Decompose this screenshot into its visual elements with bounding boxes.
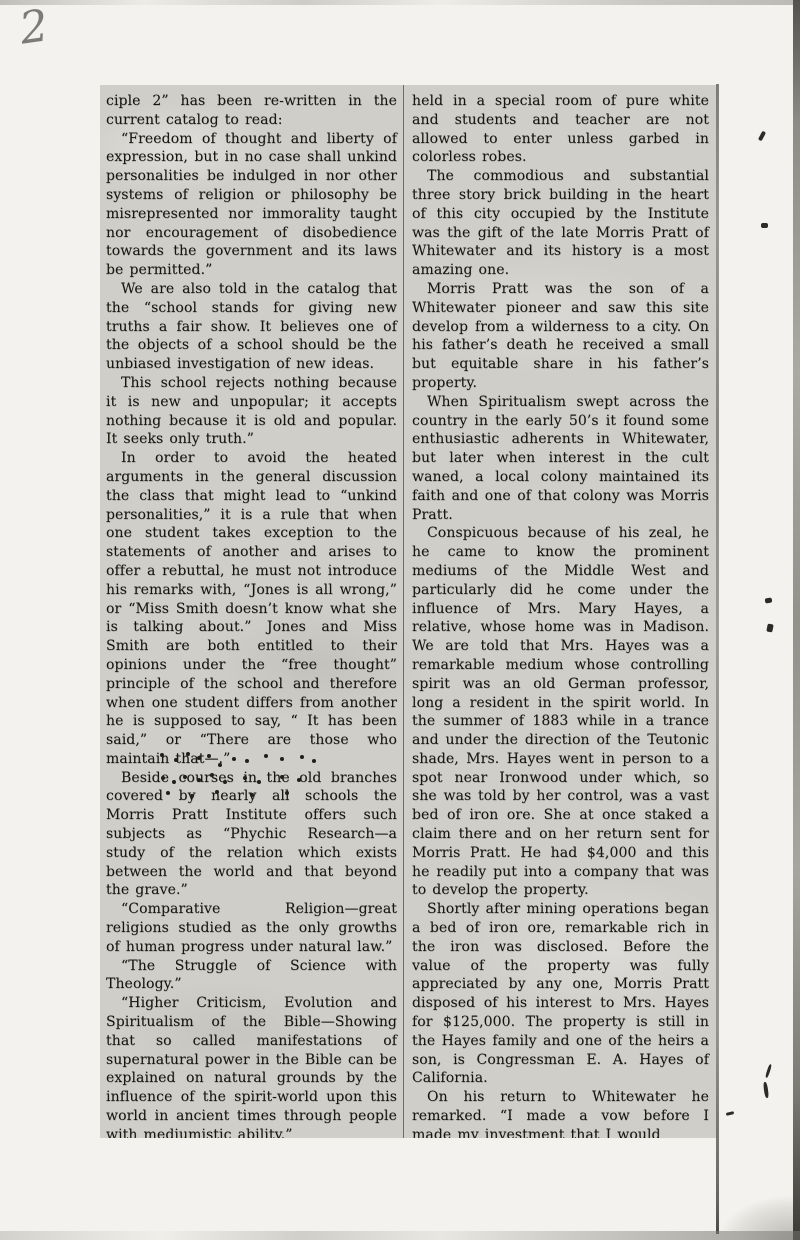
ink-speck bbox=[765, 597, 773, 603]
paragraph: Shortly after mining operations began a … bbox=[412, 900, 709, 1088]
ink-speck bbox=[761, 223, 768, 228]
paragraph: In order to avoid the heated arguments i… bbox=[106, 449, 397, 769]
left-column: ciple 2” has been re-written in the curr… bbox=[100, 85, 404, 1138]
ink-speck bbox=[766, 623, 774, 632]
ink-speck bbox=[758, 131, 766, 142]
ink-dots-mark bbox=[160, 753, 164, 757]
paragraph: The commodious and substantial three sto… bbox=[412, 167, 709, 280]
handwritten-page-number: 2 bbox=[17, 0, 52, 54]
paragraph: ciple 2” has been re-written in the curr… bbox=[106, 92, 397, 130]
scan-edge-top bbox=[0, 0, 800, 5]
paragraph: Beside courses in the old branches cover… bbox=[106, 769, 397, 901]
scan-edge-right bbox=[793, 0, 800, 1240]
news-clipping: ciple 2” has been re-written in the curr… bbox=[100, 85, 718, 1138]
paragraph: Morris Pratt was the son of a Whitewater… bbox=[412, 280, 709, 393]
ink-speck bbox=[726, 1111, 734, 1116]
ink-speck bbox=[763, 1082, 769, 1098]
paragraph: “Freedom of thought and liberty of expre… bbox=[106, 130, 397, 280]
ink-speck bbox=[765, 1064, 772, 1078]
paragraph: “The Struggle of Science with Theology.” bbox=[106, 957, 397, 995]
scan-page: 2 ciple 2” has been re-written in the cu… bbox=[0, 0, 800, 1240]
paragraph: We are also told in the catalog that the… bbox=[106, 280, 397, 374]
paragraph: When Spiritualism swept across the count… bbox=[412, 393, 709, 525]
right-column: held in a special room of pure white and… bbox=[404, 85, 717, 1138]
scan-corner-mottle bbox=[673, 1170, 793, 1240]
paragraph: This school rejects nothing because it i… bbox=[106, 374, 397, 449]
paragraph: “Comparative Religion—great religions st… bbox=[106, 900, 397, 956]
paragraph: On his return to Whitewater he remarked.… bbox=[412, 1088, 709, 1138]
paragraph: “Higher Criticism, Evolution and Spiritu… bbox=[106, 994, 397, 1138]
paragraph: Conspicuous because of his zeal, he he c… bbox=[412, 524, 709, 900]
paragraph: held in a special room of pure white and… bbox=[412, 92, 709, 167]
page-fold-line bbox=[716, 84, 719, 1234]
